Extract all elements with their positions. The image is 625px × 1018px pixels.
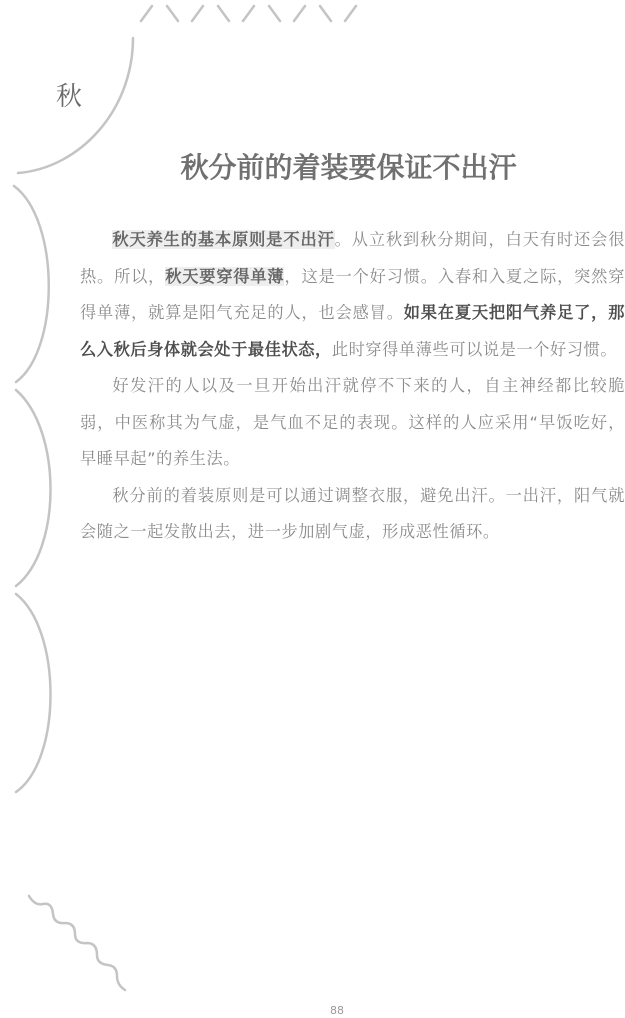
body-text: 好发汗的人以及一旦开始出汗就停不下来的人，自主神经都比较脆弱，中医称其为气虚，是… <box>80 376 625 468</box>
article-body: 秋天养生的基本原则是不出汗。从立秋到秋分期间，白天有时还会很热。所以，秋天要穿得… <box>80 222 625 551</box>
paragraph-1: 秋天养生的基本原则是不出汗。从立秋到秋分期间，白天有时还会很热。所以，秋天要穿得… <box>80 222 625 368</box>
page-number: 88 <box>330 1004 344 1017</box>
highlighted-phrase: 秋天要穿得单薄 <box>165 267 284 286</box>
body-text: 此时穿得单薄些可以说是一个好习惯。 <box>332 340 617 359</box>
paragraph-3: 秋分前的着装原则是可以通过调整衣服，避免出汗。一出汗，阳气就会随之一起发散出去，… <box>80 478 625 551</box>
season-label: 秋 <box>56 76 82 113</box>
highlighted-phrase: 秋天养生的基本原则是不出汗 <box>112 230 334 249</box>
body-text: 秋分前的着装原则是可以通过调整衣服，避免出汗。一出汗，阳气就会随之一起发散出去，… <box>80 486 625 542</box>
page-title: 秋分前的着装要保证不出汗 <box>0 146 625 186</box>
paragraph-2: 好发汗的人以及一旦开始出汗就停不下来的人，自主神经都比较脆弱，中医称其为气虚，是… <box>80 368 625 478</box>
